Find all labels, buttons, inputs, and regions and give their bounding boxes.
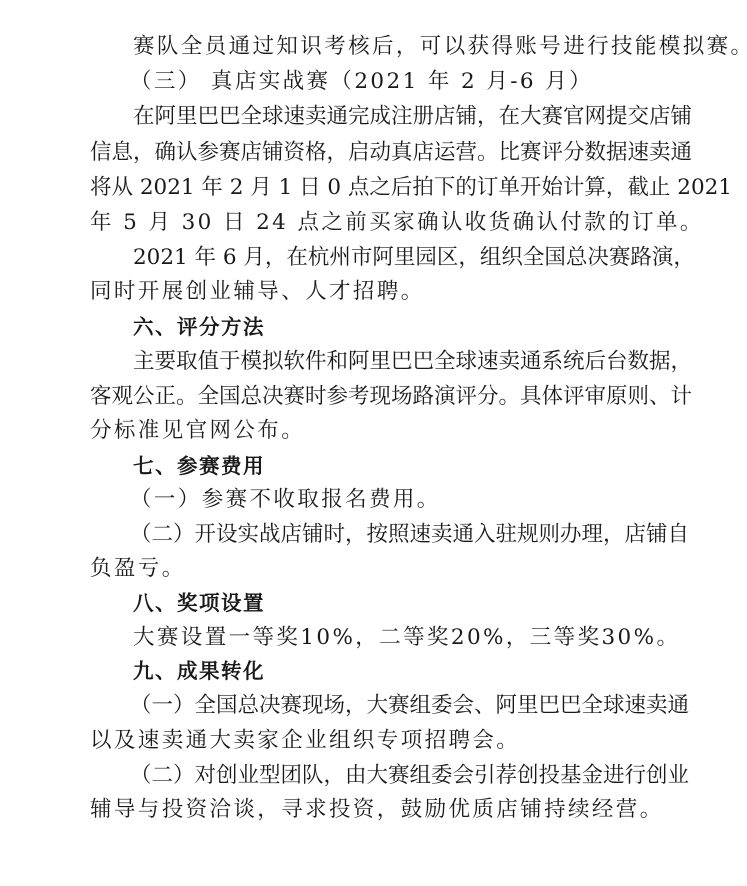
list-item-line: （二）对创业型团队，由大赛组委会引荐创投基金进行创业 — [130, 759, 664, 793]
paragraph-line: 分标准见官网公布。 — [90, 414, 305, 448]
paragraph-line: 主要取值于模拟软件和阿里巴巴全球速卖通系统后台数据， — [133, 345, 664, 379]
paragraph-line: 客观公正。全国总决赛时参考现场路演评分。具体评审原则、计 — [90, 380, 664, 414]
paragraph-line: 以及速卖通大卖家企业组织专项招聘会。 — [90, 724, 520, 758]
paragraph-line: 在阿里巴巴全球速卖通完成注册店铺，在大赛官网提交店铺 — [133, 100, 664, 134]
list-item-line: （一）全国总决赛现场，大赛组委会、阿里巴巴全球速卖通 — [130, 689, 664, 723]
section-heading-results-transfer: 九、成果转化 — [133, 654, 265, 688]
paragraph-line: 年 5 月 30 日 24 点之前买家确认收货确认付款的订单。 — [90, 206, 704, 240]
subheading-real-store-competition: （三） 真店实战赛（2021 年 2 月-6 月） — [130, 65, 593, 99]
section-heading-scoring-method: 六、评分方法 — [133, 310, 265, 344]
paragraph-line: 辅导与投资洽谈，寻求投资，鼓励优质店铺持续经营。 — [90, 793, 664, 827]
paragraph-line: 负盈亏。 — [90, 552, 186, 586]
list-item-line: （一）参赛不收取报名费用。 — [130, 483, 441, 517]
paragraph-line: 将从 2021 年 2 月 1 日 0 点之后拍下的订单开始计算，截止 2021 — [90, 171, 664, 205]
section-heading-entry-fees: 七、参赛费用 — [133, 449, 265, 483]
list-item-line: （二）开设实战店铺时，按照速卖通入驻规则办理，店铺自 — [130, 518, 664, 552]
paragraph-line: 信息，确认参赛店铺资格，启动真店运营。比赛评分数据速卖通 — [90, 136, 664, 170]
paragraph-line: 大赛设置一等奖10%，二等奖20%，三等奖30%。 — [133, 621, 680, 655]
paragraph-line: 2021 年 6 月，在杭州市阿里园区，组织全国总决赛路演， — [133, 241, 664, 275]
paragraph-line: 赛队全员通过知识考核后，可以获得账号进行技能模拟赛。 — [133, 30, 747, 64]
paragraph-line: 同时开展创业辅导、人才招聘。 — [90, 275, 425, 309]
section-heading-awards: 八、奖项设置 — [133, 586, 265, 620]
